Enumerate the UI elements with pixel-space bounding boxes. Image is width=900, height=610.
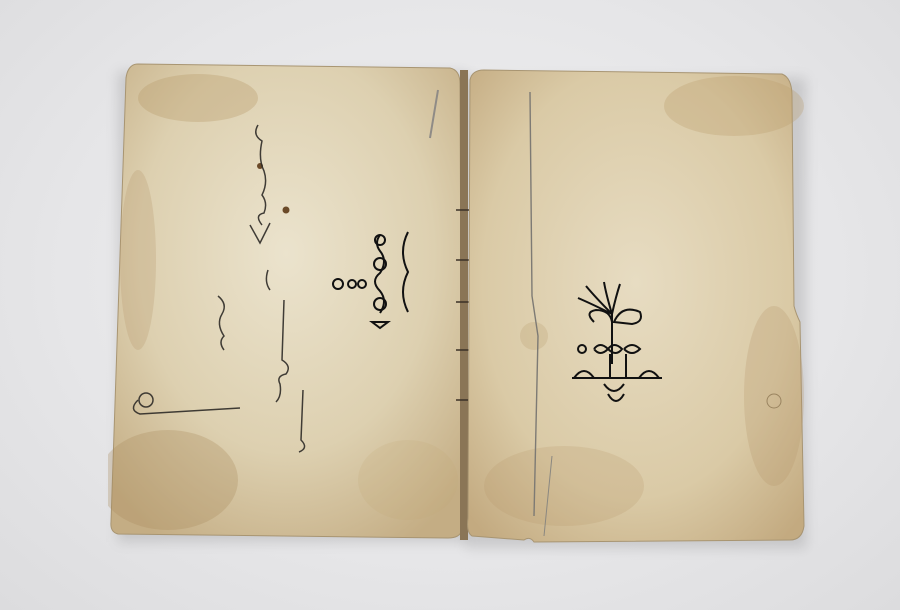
right-page xyxy=(464,66,809,566)
left-page xyxy=(108,60,468,540)
